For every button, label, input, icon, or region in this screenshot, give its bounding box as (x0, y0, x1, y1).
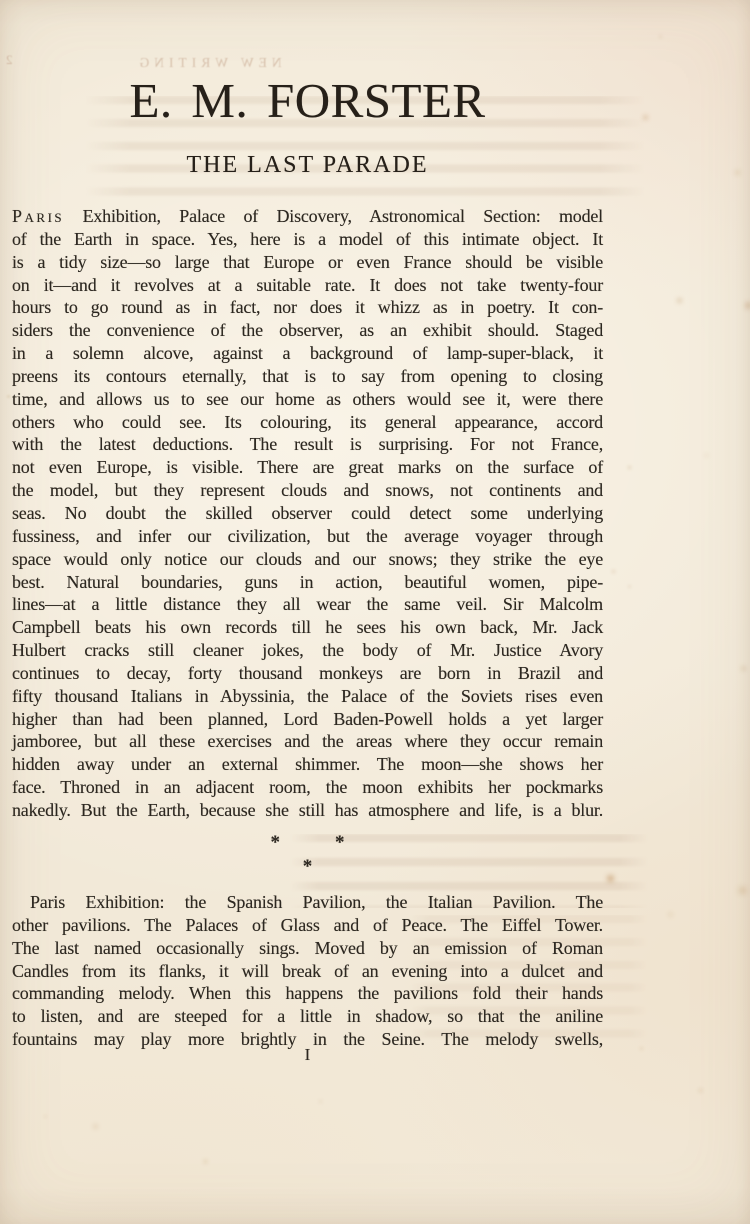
text-line: on it—and it revolves at a suitable rate… (12, 274, 603, 297)
showthrough-page-number: 2 (6, 52, 13, 68)
paragraph-1: Paris Exhibition, Palace of Discovery, A… (12, 205, 603, 822)
paragraph-lines: of the Earth in space. Yes, here is a mo… (12, 228, 603, 822)
text-line: to listen, and are steeped for a little … (12, 1005, 603, 1028)
text-line: in a solemn alcove, against a background… (12, 342, 603, 365)
text-line: jamboree, but all these exercises and th… (12, 730, 603, 753)
paragraph-2: Paris Exhibition: the Spanish Pavilion, … (12, 891, 603, 1051)
text-line: best. Natural boundaries, guns in action… (12, 571, 603, 594)
text-line: Paris Exhibition: the Spanish Pavilion, … (12, 891, 603, 914)
text-line: others who could see. Its colouring, its… (12, 411, 603, 434)
text-line: not even Europe, is visible. There are g… (12, 456, 603, 479)
text-line: face. Throned in an adjacent room, the m… (12, 776, 603, 799)
asterisk-icon: * (303, 856, 313, 877)
paragraph-lines: Paris Exhibition: the Spanish Pavilion, … (12, 891, 603, 1051)
text-line: of the Earth in space. Yes, here is a mo… (12, 228, 603, 251)
text-line: Candles from its flanks, it will break o… (12, 960, 603, 983)
asterisk-icon: * (271, 831, 281, 854)
asterisk-separator: * * * (12, 831, 603, 878)
book-page: NEW WRITING 2 E. M. FORSTER THE LAST PAR… (0, 0, 750, 1224)
text-line: hours to go round as in fact, nor does i… (12, 296, 603, 319)
text-line: fussiness, and infer our civilization, b… (12, 525, 603, 548)
text-line: hidden away under an external shimmer. T… (12, 753, 603, 776)
text-line: commanding melody. When this happens the… (12, 982, 603, 1005)
showthrough-running-head: NEW WRITING (120, 55, 296, 71)
text-line: nakedly. But the Earth, because she stil… (12, 799, 603, 822)
author-title: E. M. FORSTER (12, 76, 603, 125)
asterisk-row: * (12, 855, 603, 878)
text-line: the model, but they represent clouds and… (12, 479, 603, 502)
text-line: continues to decay, forty thousand monke… (12, 662, 603, 685)
text-line: lines—at a little distance they all wear… (12, 593, 603, 616)
text-line: higher than had been planned, Lord Baden… (12, 708, 603, 731)
text-line: time, and allows us to see our home as o… (12, 388, 603, 411)
text-line: preens its contours eternally, that is t… (12, 365, 603, 388)
text-line: Paris Exhibition, Palace of Discovery, A… (12, 205, 603, 228)
asterisk-row: * * (271, 831, 345, 854)
text-line: siders the convenience of the observer, … (12, 319, 603, 342)
text-line: is a tidy size—so large that Europe or e… (12, 251, 603, 274)
text-line: with the latest deductions. The result i… (12, 433, 603, 456)
page-number: I (12, 1045, 603, 1065)
text-line: space would only notice our clouds and o… (12, 548, 603, 571)
text-line: other pavilions. The Palaces of Glass an… (12, 914, 603, 937)
text-line: Hulbert cracks still cleaner jokes, the … (12, 639, 603, 662)
asterisk-icon: * (335, 831, 345, 854)
text-line: The last named occasionally sings. Moved… (12, 937, 603, 960)
text-line: Campbell beats his own records till he s… (12, 616, 603, 639)
lead-word-small-caps: Paris (12, 206, 64, 226)
foxing-spots (0, 0, 1, 1)
text-line: fifty thousand Italians in Abyssinia, th… (12, 685, 603, 708)
essay-title: THE LAST PARADE (12, 153, 603, 177)
text-line: seas. No doubt the skilled observer coul… (12, 502, 603, 525)
first-line-text: Exhibition, Palace of Discovery, Astrono… (83, 206, 603, 226)
